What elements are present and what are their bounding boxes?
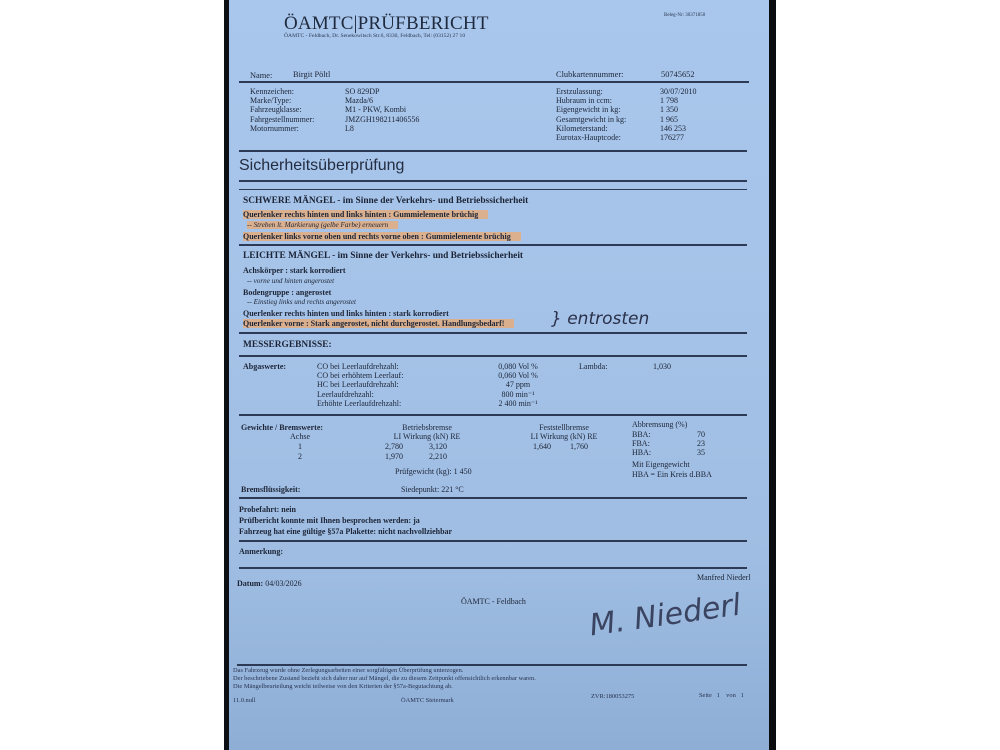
braking-ratio-values: 70 23 35 <box>685 430 705 458</box>
exhaust-values: 0,080 Vol % 0,060 Vol % 47 ppm 800 min⁻¹… <box>487 362 549 408</box>
divider <box>239 244 747 246</box>
divider <box>239 150 747 152</box>
vehicle-labels-left: Kennzeichen: Marke/Type: Fahrzeugklasse:… <box>250 87 314 133</box>
parking-brake-left: 1,640 <box>533 442 551 451</box>
axle-2: 2 <box>285 452 315 461</box>
first-registration-value: 30/07/2010 <box>660 87 696 96</box>
lambda-value: 1,030 <box>653 362 671 371</box>
disclaimer-line: Das Fahrzeug wurde ohne Zerlegungsarbeit… <box>233 667 536 675</box>
test-weight: Prüfgewicht (kg): 1 450 <box>395 467 472 476</box>
eurotax-value: 176277 <box>660 133 696 142</box>
fba-label: FBA: <box>632 439 651 448</box>
club-card-number: 50745652 <box>661 70 695 79</box>
braking-ratio-header: Abbremsung (%) <box>632 420 687 429</box>
receipt-number: Beleg-Nr: 30371850 <box>664 13 705 18</box>
disclaimer-line: Die Mängelbeurteilung weicht teilweise v… <box>233 683 536 691</box>
divider <box>239 414 747 416</box>
lambda-label: Lambda: <box>579 362 607 371</box>
hba-label: HBA: <box>632 448 651 457</box>
eurotax-label: Eurotax-Hauptcode: <box>556 133 626 142</box>
branch-name: ÖAMTC - Feldbach <box>461 597 526 606</box>
co-idle-value: 0,080 Vol % <box>487 362 549 371</box>
service-brake-effect-header: LI Wirkung (kN) RE <box>379 432 475 441</box>
remark-label: Anmerkung: <box>239 547 283 556</box>
major-defects-heading: SCHWERE MÄNGEL - im Sinne der Verkehrs- … <box>243 196 528 206</box>
minor-defect-item: Achskörper : stark korrodiert <box>243 266 346 275</box>
co-high-idle-value: 0,060 Vol % <box>487 371 549 380</box>
minor-defects-heading: LEICHTE MÄNGEL - im Sinne der Verkehrs- … <box>243 251 523 261</box>
divider <box>239 540 747 542</box>
displacement-label: Hubraum in ccm: <box>556 96 626 105</box>
minor-defect-note: -- Einstieg links und rechts angerostet <box>247 298 356 307</box>
high-idle-rpm-value: 2 400 min⁻¹ <box>487 399 549 408</box>
date-line: Datum: 04/03/2026 <box>237 579 302 588</box>
brake-values-label: Gewichte / Bremswerte: <box>241 423 323 432</box>
minor-defect-note: -- vorne und hinten angerostet <box>247 277 334 286</box>
displacement-value: 1 798 <box>660 96 696 105</box>
minor-defect-item: Bodengruppe : angerostet <box>243 288 331 297</box>
hba-note: HBA = Ein Kreis d.BBA <box>632 470 712 479</box>
high-idle-rpm-label: Erhöhte Leerlaufdrehzahl: <box>317 399 403 408</box>
engine-label: Motornummer: <box>250 124 314 133</box>
parking-brake-effect-header: LI Wirkung (kN) RE <box>523 432 605 441</box>
engine-value: L8 <box>345 124 419 133</box>
page-indicator: Seite 1 von 1 <box>699 692 744 700</box>
service-brake-axle2-right: 2,210 <box>429 452 447 461</box>
club-card-label: Clubkartennummer: <box>556 70 623 79</box>
braking-ratio-labels: BBA: FBA: HBA: <box>632 430 651 458</box>
axle-header: Achse <box>285 432 315 441</box>
divider <box>239 189 747 190</box>
customer-name: Birgit Pöltl <box>293 70 330 79</box>
gross-weight-value: 1 965 <box>660 115 696 124</box>
service-brake-axle2-left: 1,970 <box>385 452 403 461</box>
organization: ÖAMTC Steiermark <box>401 697 454 705</box>
vehicle-labels-right: Erstzulassung: Hubraum in ccm: Eigengewi… <box>556 87 626 142</box>
divider <box>239 355 747 357</box>
major-defect-item: Querlenker rechts hinten und links hinte… <box>243 210 488 219</box>
report-logo-title: ÖAMTC|PRÜFBERICHT <box>284 13 489 35</box>
vin-value: JMZGH198211406556 <box>345 115 419 124</box>
co-idle-label: CO bei Leerlaufdrehzahl: <box>317 362 403 371</box>
plate-value: SO 829DP <box>345 87 419 96</box>
make-label: Marke/Type: <box>250 96 314 105</box>
plate-label: Kennzeichen: <box>250 87 314 96</box>
inspection-report-page: ÖAMTC|PRÜFBERICHT ÖAMTC - Feldbach, Dr. … <box>229 0 769 750</box>
vin-label: Fahrgestellnummer: <box>250 115 314 124</box>
test-drive: Probefahrt: nein <box>239 505 296 514</box>
boiling-point: Siedepunkt: 221 °C <box>401 485 464 494</box>
curb-weight-value: 1 350 <box>660 105 696 114</box>
parking-brake-header: Feststellbremse <box>523 423 605 432</box>
disclaimer: Das Fahrzeug wurde ohne Zerlegungsarbeit… <box>233 667 536 692</box>
bba-label: BBA: <box>632 430 651 439</box>
mileage-value: 146 253 <box>660 124 696 133</box>
service-brake-axle1-left: 2,780 <box>385 442 403 451</box>
hc-idle-value: 47 ppm <box>487 380 549 389</box>
idle-rpm-value: 800 min⁻¹ <box>487 390 549 399</box>
vehicle-values-left: SO 829DP Mazda/6 M1 - PKW, Kombi JMZGH19… <box>345 87 419 133</box>
minor-defect-item: Querlenker rechts hinten und links hinte… <box>243 309 449 318</box>
mileage-label: Kilometerstand: <box>556 124 626 133</box>
branch-address: ÖAMTC - Feldbach, Dr. Senekowitsch Str.6… <box>284 33 465 39</box>
idle-rpm-label: Leerlaufdrehzahl: <box>317 390 403 399</box>
exhaust-label: Abgaswerte: <box>243 362 286 371</box>
sticker-status: Fahrzeug hat eine gültige §57a Plakette:… <box>239 527 452 536</box>
minor-defect-item: Querlenker vorne : Stark angerostet, nic… <box>243 319 514 328</box>
divider <box>239 180 747 182</box>
class-value: M1 - PKW, Kombi <box>345 105 419 114</box>
name-label: Name: <box>250 71 272 80</box>
service-brake-axle1-right: 3,120 <box>429 442 447 451</box>
co-high-idle-label: CO bei erhöhtem Leerlauf: <box>317 371 403 380</box>
hc-idle-label: HC bei Leerlaufdrehzahl: <box>317 380 403 389</box>
divider <box>239 81 749 83</box>
inspector-name: Manfred Niederl <box>697 573 751 582</box>
brake-fluid-label: Bremsflüssigkeit: <box>241 485 300 494</box>
section-title: Sicherheitsüberprüfung <box>239 157 404 175</box>
major-defect-item: Querlenker links vorne oben und rechts v… <box>243 232 521 241</box>
divider <box>239 332 747 334</box>
bba-value: 70 <box>685 430 705 439</box>
handwritten-note: } entrosten <box>551 309 649 329</box>
divider <box>239 567 747 569</box>
axle-1: 1 <box>285 442 315 451</box>
major-defect-note: -- Streben lt. Markierung (gelbe Farbe) … <box>247 221 398 230</box>
exhaust-labels: CO bei Leerlaufdrehzahl: CO bei erhöhtem… <box>317 362 403 408</box>
first-registration-label: Erstzulassung: <box>556 87 626 96</box>
zvr-number: ZVR:180053275 <box>591 693 634 701</box>
version-label: 11.0.null <box>233 697 256 705</box>
service-brake-header: Betriebsbremse <box>379 423 475 432</box>
measurements-heading: MESSERGEBNISSE: <box>243 340 332 350</box>
fba-value: 23 <box>685 439 705 448</box>
class-label: Fahrzeugklasse: <box>250 105 314 114</box>
disclaimer-line: Der beschriebene Zustand bezieht sich da… <box>233 675 536 683</box>
vehicle-values-right: 30/07/2010 1 798 1 350 1 965 146 253 176… <box>660 87 696 142</box>
make-value: Mazda/6 <box>345 96 419 105</box>
inspector-signature: M. Niederl <box>587 588 743 644</box>
report-discussed: Prüfbericht konnte mit Ihnen besprochen … <box>239 516 420 525</box>
curb-weight-note: Mit Eigengewicht <box>632 460 690 469</box>
parking-brake-right: 1,760 <box>570 442 588 451</box>
curb-weight-label: Eigengewicht in kg: <box>556 105 626 114</box>
gross-weight-label: Gesamtgewicht in kg: <box>556 115 626 124</box>
divider <box>237 664 747 666</box>
hba-value: 35 <box>685 448 705 457</box>
divider <box>239 497 747 499</box>
